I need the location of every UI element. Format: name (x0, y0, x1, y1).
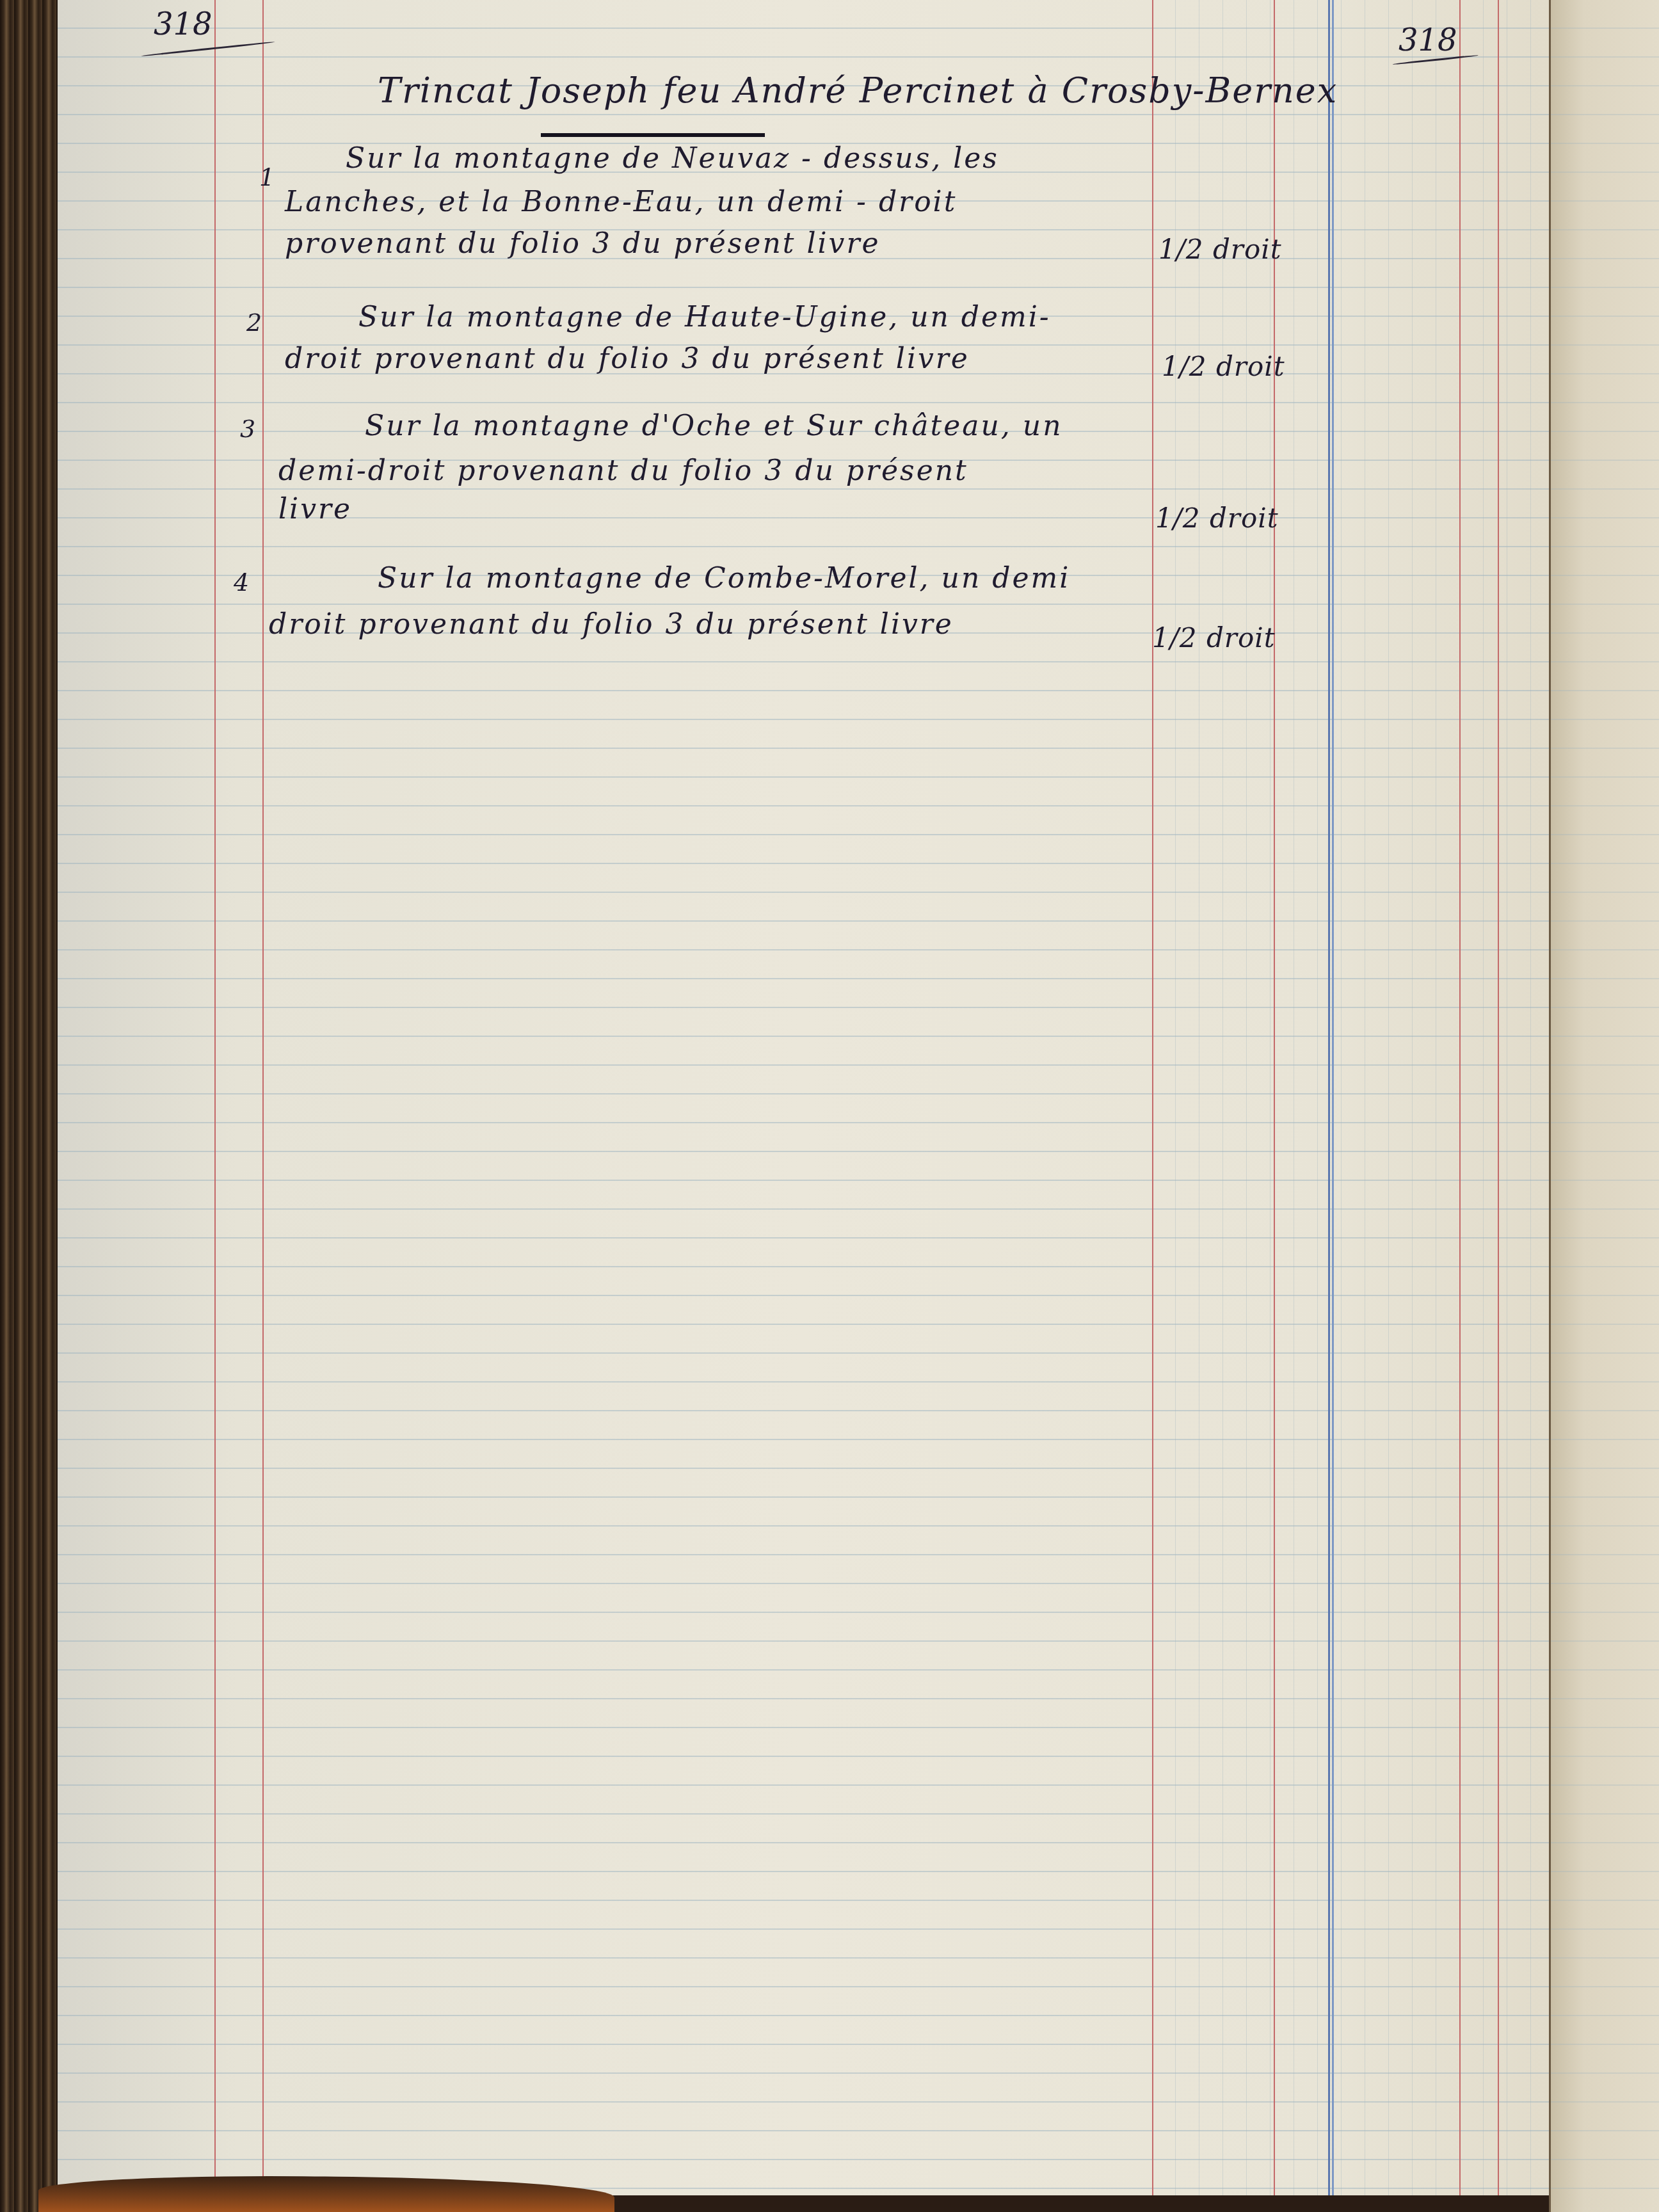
folio-number-right: 318 (1399, 22, 1457, 58)
entry-line: Sur la montagne de Combe-Morel, un demi (378, 562, 1070, 595)
entry-share: 1/2 droit (1152, 622, 1276, 653)
entry-line: livre (278, 493, 352, 525)
column-rule-share-right (1274, 0, 1275, 2195)
entry-line: droit provenant du folio 3 du présent li… (269, 608, 954, 641)
entry-number: 3 (240, 415, 255, 443)
adjacent-page-edge (1549, 0, 1659, 2212)
vertical-grid-ruling (1152, 0, 1549, 2195)
column-rule-right-2 (1498, 0, 1499, 2195)
ledger-page: 318 318 Trincat Joseph feu André Percine… (58, 0, 1549, 2195)
entry-number: 2 (246, 309, 262, 337)
entry-line: provenant du folio 3 du présent livre (285, 227, 880, 260)
double-blue-rule (1328, 0, 1330, 2195)
entry-share: 1/2 droit (1155, 502, 1279, 534)
adjacent-page-ruling (1551, 0, 1659, 2212)
owner-heading: Trincat Joseph feu André Percinet à Cros… (378, 70, 1338, 111)
entry-number: 4 (234, 568, 249, 597)
book-spine-edge (0, 0, 61, 2212)
entry-line: Sur la montagne de Haute-Ugine, un demi- (358, 301, 1051, 333)
entry-line: droit provenant du folio 3 du présent li… (285, 342, 970, 375)
heading-underline (541, 133, 765, 137)
margin-rule-left-outer (214, 0, 216, 2195)
entry-line: Sur la montagne de Neuvaz - dessus, les (346, 142, 999, 175)
entry-number: 1 (259, 163, 275, 191)
margin-rule-left-inner (262, 0, 264, 2195)
column-rule-right-1 (1459, 0, 1461, 2195)
entry-share: 1/2 droit (1158, 234, 1282, 265)
entry-share: 1/2 droit (1162, 351, 1285, 382)
column-rule-share-left (1152, 0, 1153, 2195)
entry-line: Lanches, et la Bonne-Eau, un demi - droi… (285, 186, 957, 218)
folio-number-left: 318 (154, 6, 212, 42)
entry-line: demi-droit provenant du folio 3 du prése… (278, 454, 968, 487)
entry-line: Sur la montagne d'Oche et Sur château, u… (365, 410, 1062, 442)
